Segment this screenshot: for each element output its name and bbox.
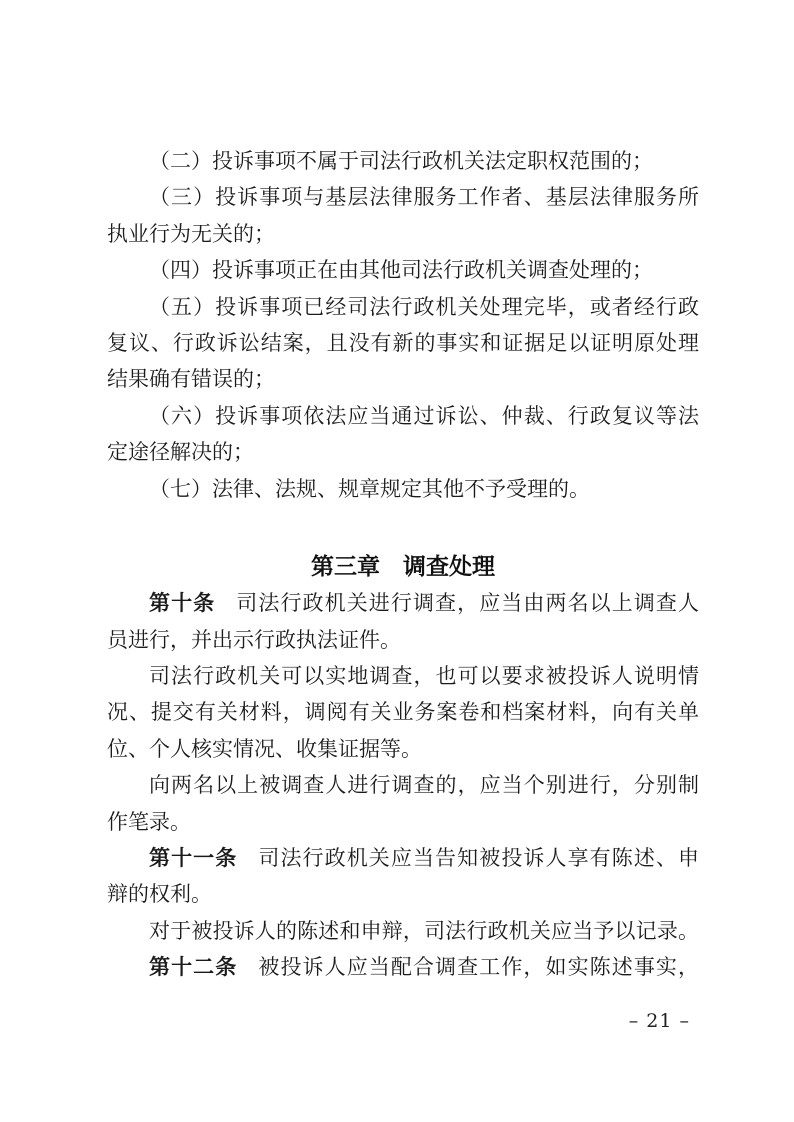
article-11-para-2: 对于被投诉人的陈述和申辩，司法行政机关应当予以记录。 <box>107 913 699 949</box>
article-line: 作笔录。 <box>107 804 699 840</box>
clause-item-6: （六）投诉事项依法应当通过诉讼、仲裁、行政复议等法 定途径解决的； <box>107 398 699 471</box>
clause-item-3: （三）投诉事项与基层法律服务工作者、基层法律服务所 执业行为无关的； <box>107 179 699 252</box>
clause-line: 定途径解决的； <box>107 434 699 470</box>
article-text: 司法行政机关应当告知被投诉人享有陈述、申 <box>258 846 699 870</box>
article-10-para-2: 司法行政机关可以实地调查，也可以要求被投诉人说明情 况、提交有关材料，调阅有关业… <box>107 658 699 767</box>
clause-line: （七）法律、法规、规章规定其他不予受理的。 <box>107 471 699 507</box>
article-line: 员进行，并出示行政执法证件。 <box>107 622 699 658</box>
article-line: 位、个人核实情况、收集证据等。 <box>107 731 699 767</box>
document-body: （二）投诉事项不属于司法行政机关法定职权范围的； （三）投诉事项与基层法律服务工… <box>107 143 699 986</box>
article-line: 况、提交有关材料，调阅有关业务案卷和档案材料，向有关单 <box>107 694 699 730</box>
article-text: 司法行政机关进行调查，应当由两名以上调查人 <box>236 591 699 615</box>
article-number: 第十二条 <box>149 954 237 979</box>
clause-item-2: （二）投诉事项不属于司法行政机关法定职权范围的； <box>107 143 699 179</box>
article-11: 第十一条司法行政机关应当告知被投诉人享有陈述、申 辩的权利。 <box>107 840 699 913</box>
article-number: 第十条 <box>149 590 215 615</box>
clause-line: 执业行为无关的； <box>107 216 699 252</box>
article-10: 第十条司法行政机关进行调查，应当由两名以上调查人 员进行，并出示行政执法证件。 <box>107 585 699 658</box>
clause-line: （二）投诉事项不属于司法行政机关法定职权范围的； <box>107 143 699 179</box>
article-line: 向两名以上被调查人进行调查的，应当个别进行，分别制 <box>107 767 699 803</box>
document-page: { "content": { "items": [ { "lines": ["（… <box>0 0 794 1122</box>
article-line: 第十条司法行政机关进行调查，应当由两名以上调查人 <box>107 585 699 621</box>
article-line: 第十二条被投诉人应当配合调查工作，如实陈述事实， <box>107 949 699 985</box>
chapter-heading: 第三章调查处理 <box>107 549 699 585</box>
article-number: 第十一条 <box>149 845 237 870</box>
clause-line: 结果确有错误的； <box>107 361 699 397</box>
clause-line: （三）投诉事项与基层法律服务工作者、基层法律服务所 <box>107 179 699 215</box>
article-line: 辩的权利。 <box>107 876 699 912</box>
clause-line: （四）投诉事项正在由其他司法行政机关调查处理的； <box>107 252 699 288</box>
article-12: 第十二条被投诉人应当配合调查工作，如实陈述事实， <box>107 949 699 985</box>
clause-line: （六）投诉事项依法应当通过诉讼、仲裁、行政复议等法 <box>107 398 699 434</box>
chapter-title: 调查处理 <box>403 554 495 580</box>
article-line: 对于被投诉人的陈述和申辩，司法行政机关应当予以记录。 <box>107 913 699 949</box>
chapter-label: 第三章 <box>311 554 380 580</box>
clause-line: （五）投诉事项已经司法行政机关处理完毕，或者经行政 <box>107 289 699 325</box>
article-line: 第十一条司法行政机关应当告知被投诉人享有陈述、申 <box>107 840 699 876</box>
article-text: 被投诉人应当配合调查工作，如实陈述事实， <box>258 955 699 979</box>
page-number: – 21 – <box>107 1010 690 1032</box>
clause-item-4: （四）投诉事项正在由其他司法行政机关调查处理的； <box>107 252 699 288</box>
article-10-para-3: 向两名以上被调查人进行调查的，应当个别进行，分别制 作笔录。 <box>107 767 699 840</box>
article-line: 司法行政机关可以实地调查，也可以要求被投诉人说明情 <box>107 658 699 694</box>
clause-line: 复议、行政诉讼结案，且没有新的事实和证据足以证明原处理 <box>107 325 699 361</box>
clause-item-7: （七）法律、法规、规章规定其他不予受理的。 <box>107 471 699 507</box>
clause-item-5: （五）投诉事项已经司法行政机关处理完毕，或者经行政 复议、行政诉讼结案，且没有新… <box>107 289 699 398</box>
